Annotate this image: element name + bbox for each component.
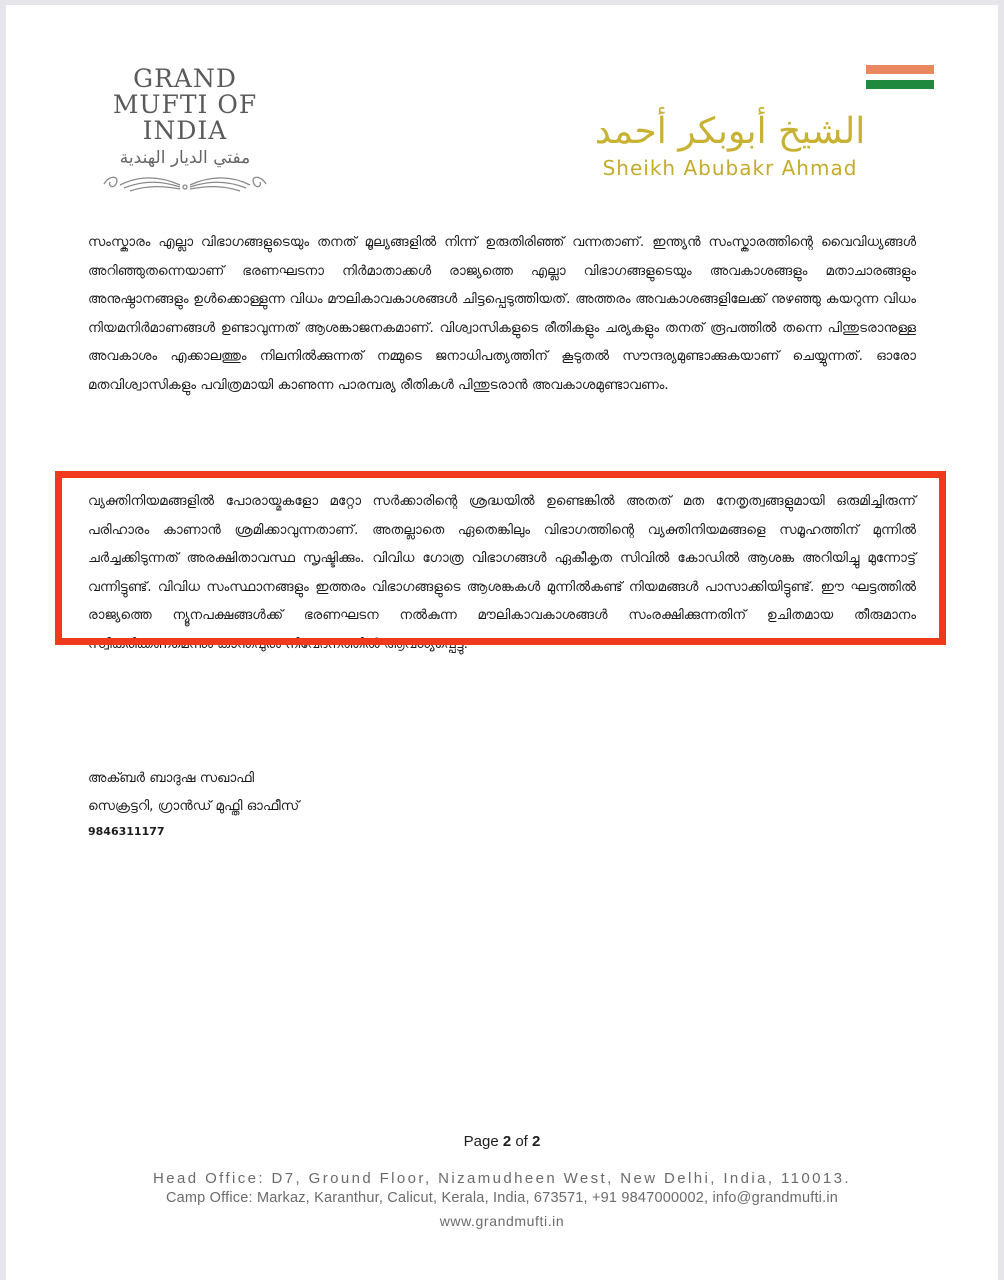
- flourish-ornament-icon: [100, 172, 270, 198]
- body-paragraph-1: സംസ്കാരം എല്ലാ വിഭാഗങ്ങളുടെയും തനത് മൂല്…: [88, 228, 916, 400]
- page-frame-left: [0, 0, 6, 1280]
- signatory-phone: 9846311177: [88, 820, 299, 844]
- grand-mufti-logo: GRAND MUFTI OF INDIA مفتي الديار الهندية: [100, 66, 270, 198]
- page-frame-right: [998, 0, 1004, 1280]
- signatory-title: സെക്രട്ടറി, ഗ്രാൻഡ് മുഫ്തി ഓഫീസ്: [88, 792, 299, 820]
- sheikh-latin-name: Sheikh Abubakr Ahmad: [585, 156, 875, 180]
- logo-line-3: INDIA: [100, 118, 270, 144]
- sheikh-abubakr-logo: الشيخ أبوبكر أحمد Sheikh Abubakr Ahmad: [585, 110, 875, 180]
- footer-head-office: Head Office: D7, Ground Floor, Nizamudhe…: [0, 1170, 1004, 1187]
- page-number: Page 2 of 2: [0, 1133, 1004, 1150]
- page-of: of: [511, 1133, 532, 1150]
- flag-saffron-stripe: [866, 65, 934, 74]
- india-flag-icon: [866, 65, 934, 89]
- sheikh-arabic-calligraphy: الشيخ أبوبكر أحمد: [585, 110, 875, 154]
- red-highlight-box: [55, 471, 946, 645]
- page-current: 2: [503, 1133, 511, 1150]
- page-frame-top: [0, 0, 1004, 5]
- flag-green-stripe: [866, 80, 934, 89]
- signatory-name: അക്ബർ ബാദുഷ സഖാഫി: [88, 764, 299, 792]
- signature-block: അക്ബർ ബാദുഷ സഖാഫി സെക്രട്ടറി, ഗ്രാൻഡ് മു…: [88, 764, 299, 844]
- logo-line-2: MUFTI OF: [100, 92, 270, 118]
- footer-website-link[interactable]: www.grandmufti.in: [0, 1213, 1004, 1229]
- page-total: 2: [532, 1133, 540, 1150]
- footer-camp-office: Camp Office: Markaz, Karanthur, Calicut,…: [0, 1190, 1004, 1206]
- page-prefix: Page: [464, 1133, 503, 1150]
- logo-arabic-text: مفتي الديار الهندية: [100, 148, 270, 168]
- logo-line-1: GRAND: [100, 66, 270, 92]
